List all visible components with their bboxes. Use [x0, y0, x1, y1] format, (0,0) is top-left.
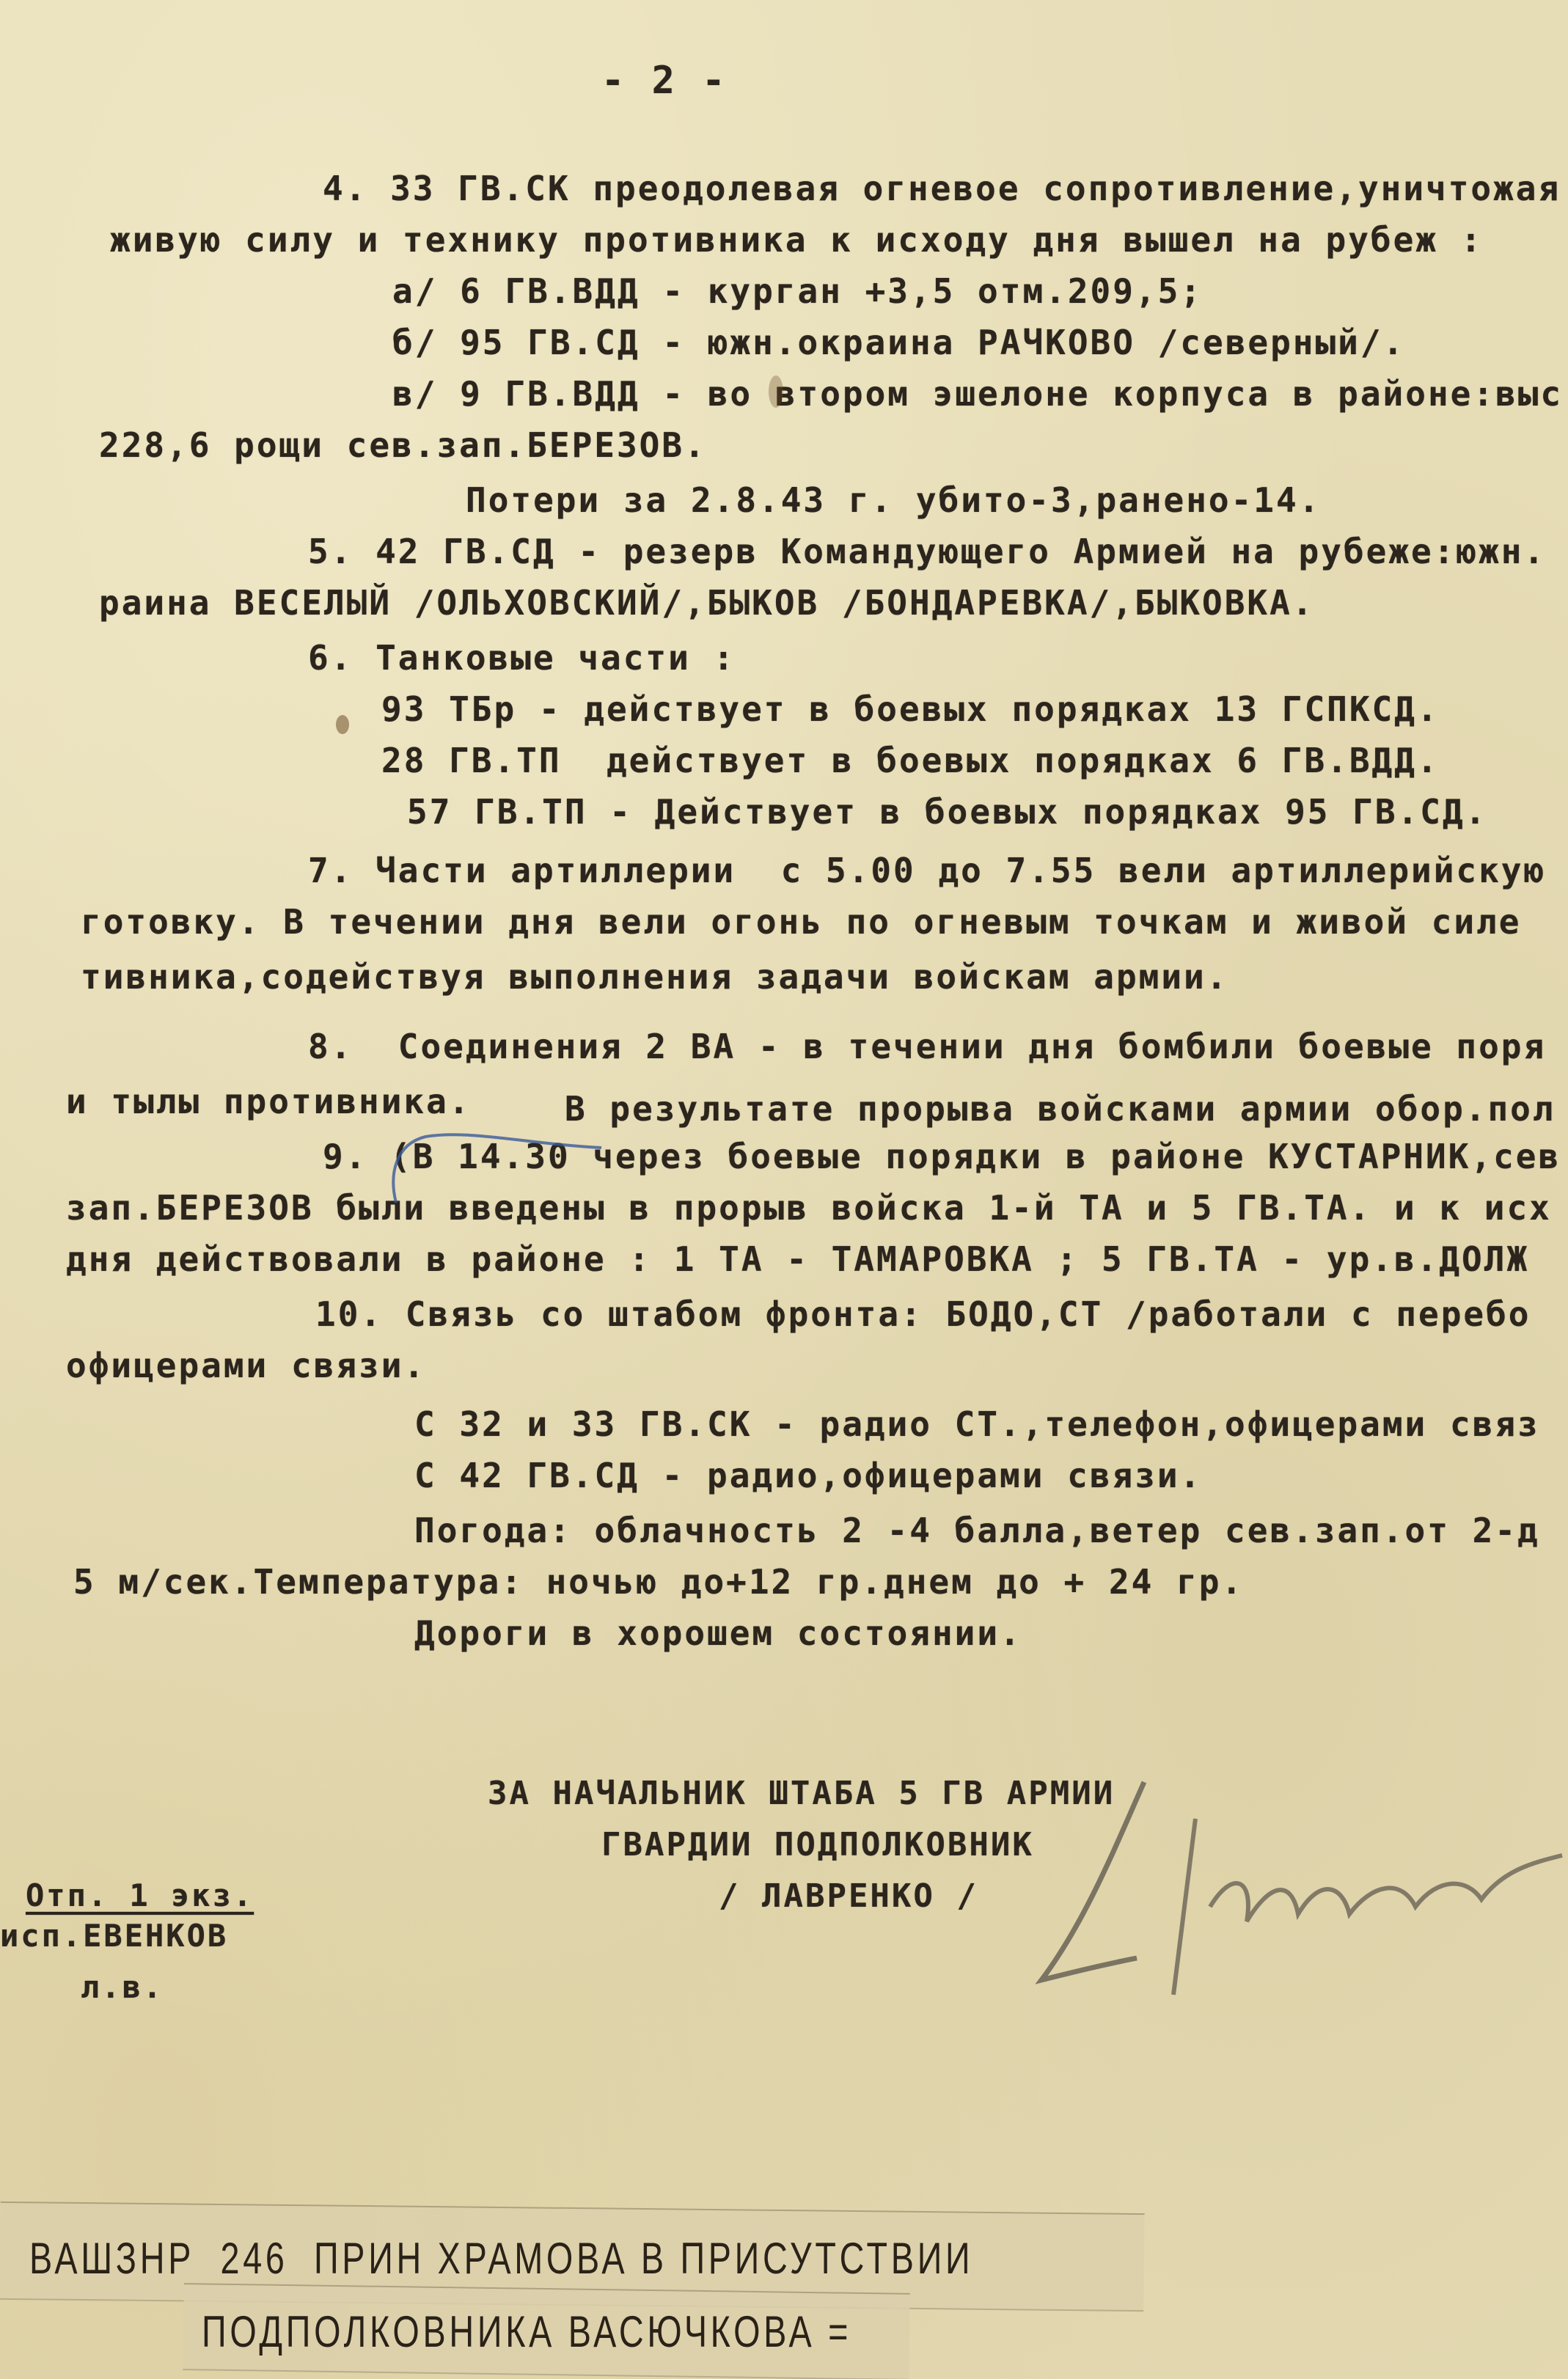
signature-name: / ЛАВРЕНКО /	[719, 1877, 978, 1915]
p5-line2: раина ВЕСЕЛЫЙ /ОЛЬХОВСКИЙ/,БЫКОВ /БОНДАР…	[99, 583, 1315, 623]
executor: исп.ЕВЕНКОВ	[0, 1918, 228, 1954]
blue-pencil-bracket	[381, 1115, 616, 1217]
p4-item-c: в/ 9 ГВ.ВДД - во втором эшелоне корпуса …	[392, 374, 1563, 414]
weather-line2: 5 м/сек.Температура: ночью до+12 гр.днем…	[73, 1562, 1244, 1602]
telegraph-line2: ПОДПОЛКОВНИКА ВАСЮЧКОВА =	[202, 2306, 851, 2357]
p10-item-corps: С 32 и 33 ГВ.СК - радио СТ.,телефон,офиц…	[414, 1404, 1540, 1444]
typist-initials: л.в.	[81, 1969, 164, 2005]
signature-title: ЗА НАЧАЛЬНИК ШТАБА 5 ГВ АРМИИ	[488, 1775, 1115, 1812]
p8-line1: 8. Соединения 2 ВА - в течении дня бомби…	[308, 1027, 1546, 1066]
p7-line2: готовку. В течении дня вели огонь по огн…	[81, 902, 1521, 942]
p7-line1: 7. Части артиллерии с 5.00 до 7.55 вели …	[308, 851, 1546, 890]
p10-item-42sd: С 42 ГВ.СД - радио,офицерами связи.	[414, 1456, 1202, 1495]
roads-status: Дороги в хорошем состоянии.	[414, 1613, 1022, 1653]
handwritten-signature	[1027, 1760, 1568, 2009]
p4-item-c-cont: 228,6 рощи сев.зап.БЕРЕЗОВ.	[99, 425, 707, 465]
p6-title: 6. Танковые части :	[308, 638, 736, 678]
p9-line3: дня действовали в районе : 1 ТА - ТАМАРО…	[66, 1239, 1529, 1279]
telegraph-line1: ВАШЗНР 246 ПРИН ХРАМОВА В ПРИСУТСТВИИ	[29, 2233, 973, 2284]
p8-insert: В результате прорыва войсками армии обор…	[565, 1089, 1556, 1129]
p6-item-57tp: 57 ГВ.ТП - Действует в боевых порядках 9…	[407, 792, 1487, 832]
ink-stain	[336, 715, 349, 734]
p10-line2: офицерами связи.	[66, 1346, 426, 1385]
copy-count: Отп. 1 экз.	[26, 1877, 254, 1913]
p7-line3: тивника,содействуя выполнения задачи вой…	[81, 957, 1228, 997]
p9-line2: зап.БЕРЕЗОВ были введены в прорыв войска…	[66, 1188, 1552, 1228]
signature-rank: ГВАРДИИ ПОДПОЛКОВНИК	[601, 1826, 1034, 1863]
p4-item-b: б/ 95 ГВ.СД - южн.окраина РАЧКОВО /север…	[392, 323, 1405, 362]
p5-line1: 5. 42 ГВ.СД - резерв Командующего Армией…	[308, 532, 1546, 571]
page-number: - 2 -	[601, 59, 728, 103]
p4-line2: живую силу и технику противника к исходу…	[110, 220, 1483, 260]
p6-item-28tp: 28 ГВ.ТП действует в боевых порядках 6 Г…	[381, 741, 1440, 780]
p6-item-93tbr: 93 ТБр - действует в боевых порядках 13 …	[381, 689, 1440, 729]
p4-line1: 4. 33 ГВ.СК преодолевая огневое сопротив…	[323, 169, 1561, 208]
document-page: - 2 - 4. 33 ГВ.СК преодолевая огневое со…	[0, 0, 1568, 2379]
weather-line1: Погода: облачность 2 -4 балла,ветер сев.…	[414, 1511, 1540, 1550]
ink-stain	[769, 375, 783, 408]
p4-losses: Потери за 2.8.43 г. убито-3,ранено-14.	[466, 480, 1321, 520]
p10-line1: 10. Связь со штабом фронта: БОДО,СТ /раб…	[315, 1294, 1531, 1334]
p4-item-a: а/ 6 ГВ.ВДД - курган +3,5 отм.209,5;	[392, 271, 1203, 311]
